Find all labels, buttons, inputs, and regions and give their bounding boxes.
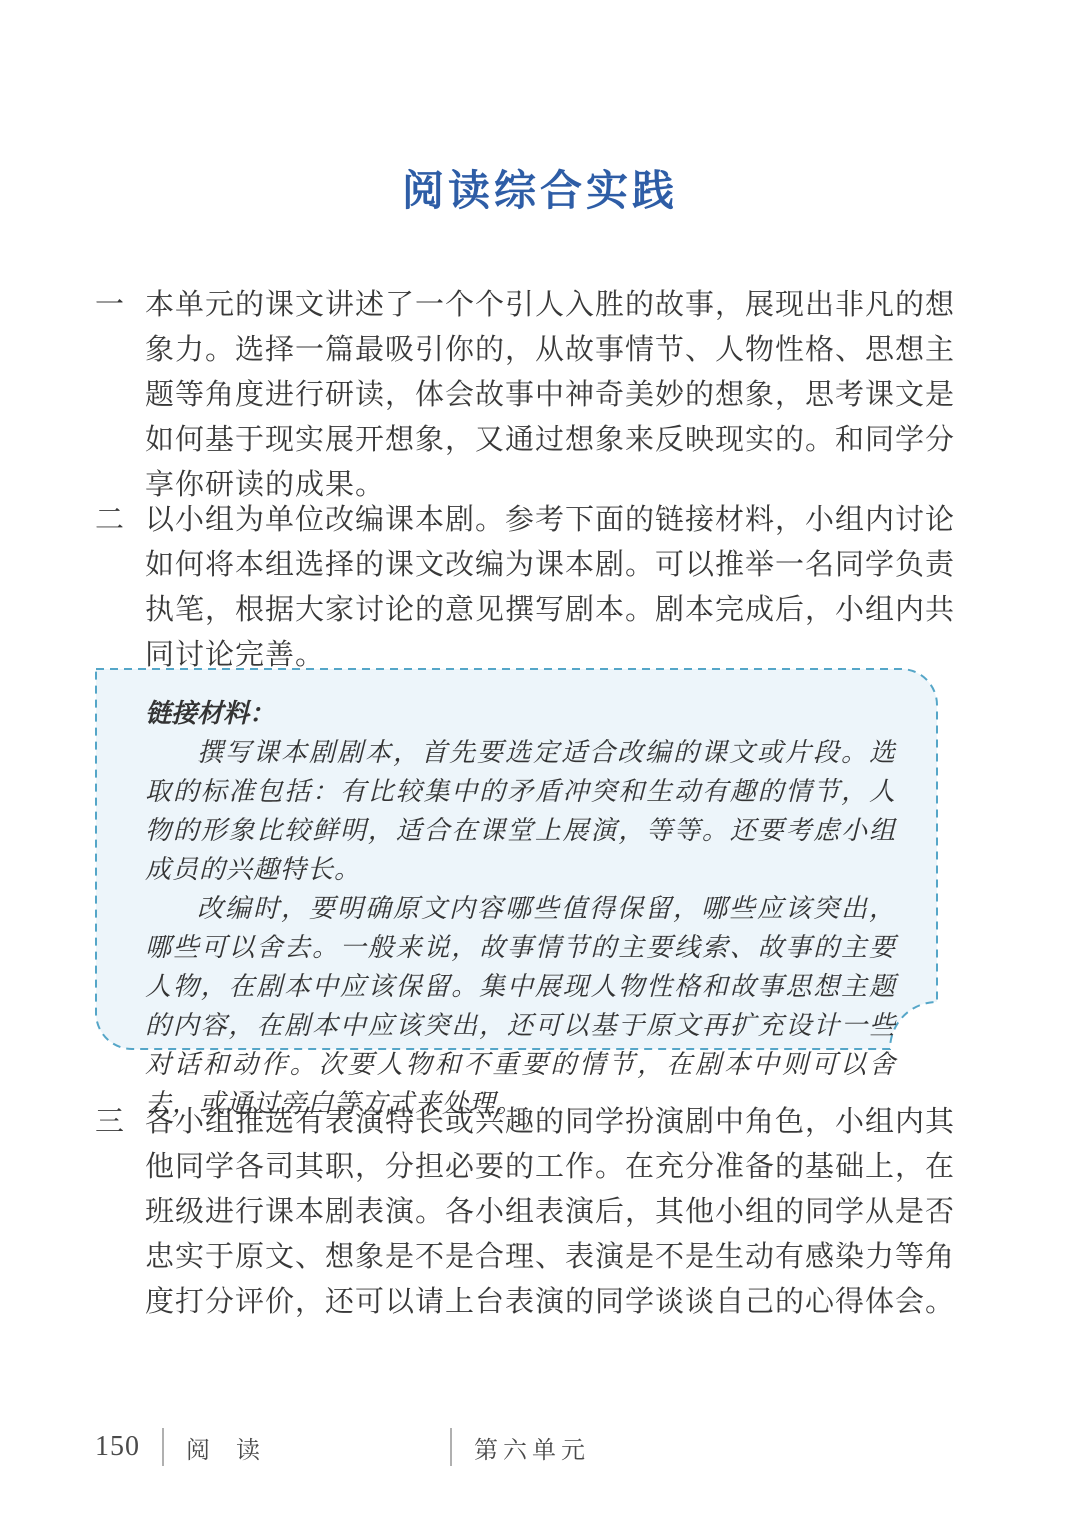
link-material-heading: 链接材料：: [145, 694, 896, 733]
footer-page-number: 150: [95, 1431, 140, 1463]
section-one: 一 本单元的课文讲述了一个个引人入胜的故事，展现出非凡的想象力。选择一篇最吸引你…: [95, 283, 955, 508]
section-two-text: 以小组为单位改编课本剧。参考下面的链接材料，小组内讨论如何将本组选择的课文改编为…: [145, 498, 955, 678]
section-one-text: 本单元的课文讲述了一个个引人入胜的故事，展现出非凡的想象力。选择一篇最吸引你的，…: [145, 283, 955, 508]
section-three-text: 各小组推选有表演特长或兴趣的同学扮演剧中角色，小组内其他同学各司其职，分担必要的…: [145, 1100, 955, 1325]
page-footer: 150 阅 读 第六单元: [95, 1428, 590, 1466]
textbook-page: 阅读综合实践 一 本单元的课文讲述了一个个引人入胜的故事，展现出非凡的想象力。选…: [0, 0, 1080, 1526]
footer-divider: [162, 1428, 164, 1466]
page-title: 阅读综合实践: [0, 158, 1080, 218]
link-material-box: 链接材料： 撰写课本剧剧本，首先要选定适合改编的课文或片段。选取的标准包括：有比…: [95, 668, 938, 1050]
link-material-content: 链接材料： 撰写课本剧剧本，首先要选定适合改编的课文或片段。选取的标准包括：有比…: [145, 694, 896, 1123]
footer-unit-label: 第六单元: [474, 1430, 590, 1465]
link-material-paragraph: 撰写课本剧剧本，首先要选定适合改编的课文或片段。选取的标准包括：有比较集中的矛盾…: [145, 733, 896, 889]
section-three-marker: 三: [95, 1100, 145, 1145]
link-material-paragraph: 改编时，要明确原文内容哪些值得保留，哪些应该突出，哪些可以舍去。一般来说，故事情…: [145, 889, 896, 1123]
section-three: 三 各小组推选有表演特长或兴趣的同学扮演剧中角色，小组内其他同学各司其职，分担必…: [95, 1100, 955, 1325]
section-two-marker: 二: [95, 498, 145, 543]
footer-divider: [450, 1428, 452, 1466]
footer-book-label: 阅 读: [186, 1430, 270, 1465]
section-two: 二 以小组为单位改编课本剧。参考下面的链接材料，小组内讨论如何将本组选择的课文改…: [95, 498, 955, 678]
section-one-marker: 一: [95, 283, 145, 328]
